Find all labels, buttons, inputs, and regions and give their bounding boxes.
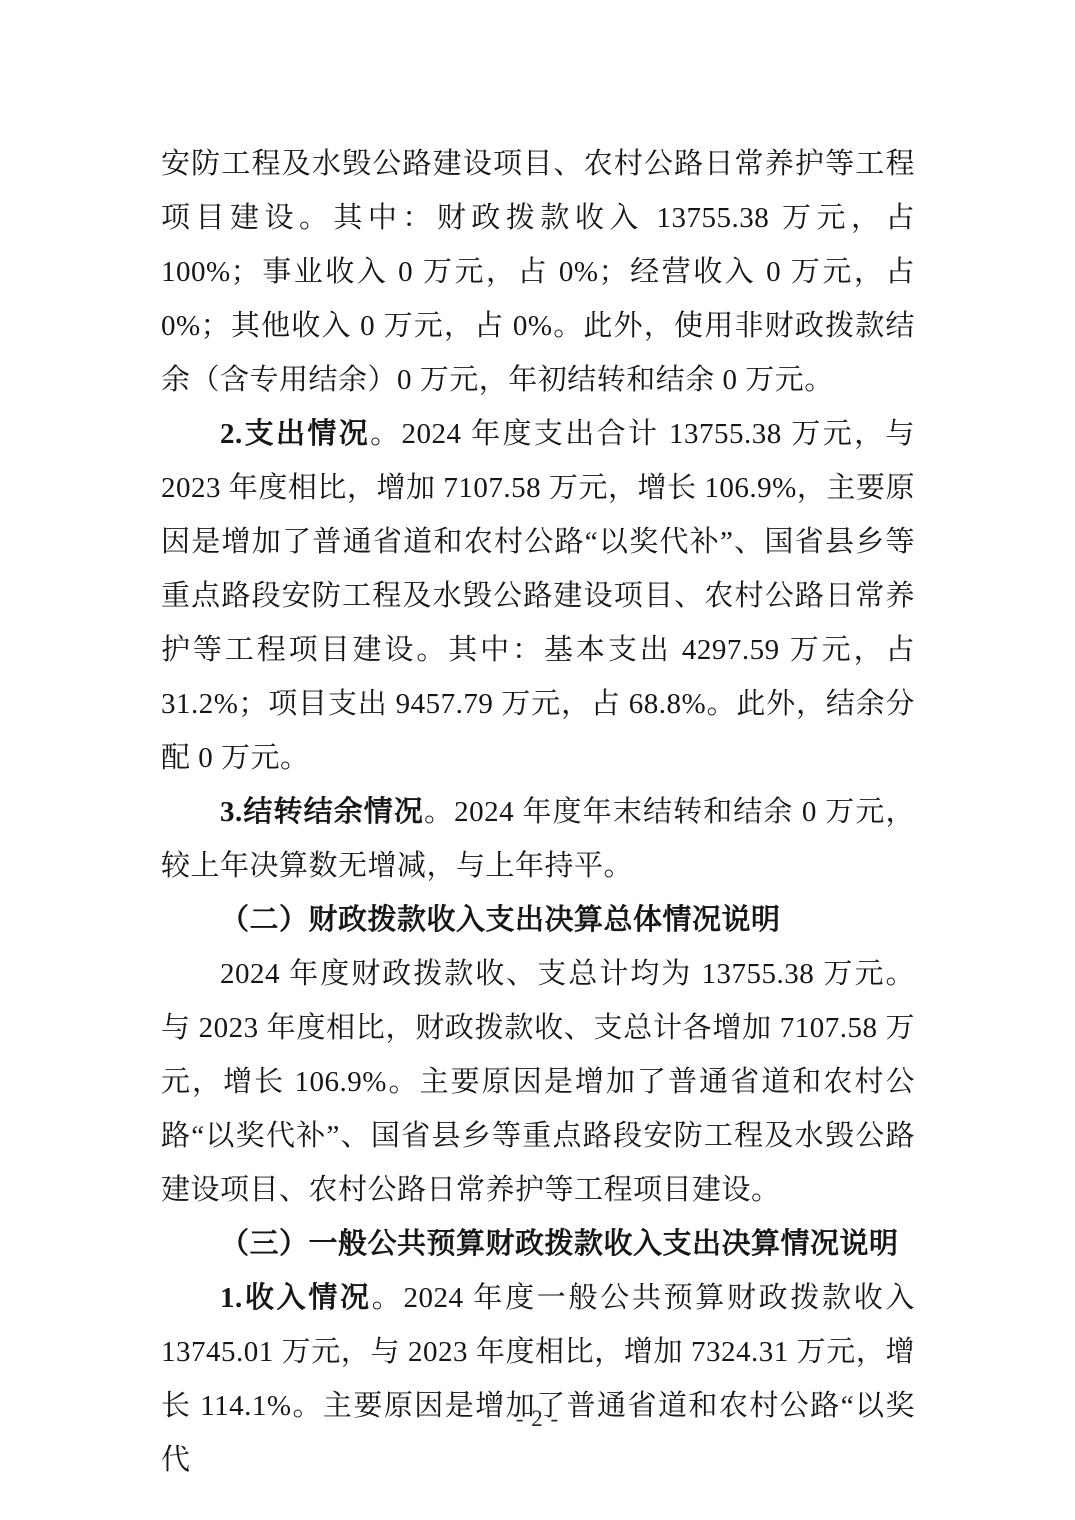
bold-text-run: 1.收入情况 (220, 1282, 372, 1314)
bold-text-run: （二）财政拨款收入支出决算总体情况说明 (220, 904, 781, 936)
paragraph: 2.支出情况。2024 年度支出合计 13755.38 万元，与 2023 年度… (161, 407, 915, 785)
paragraph: 3.结转结余情况。2024 年度年末结转和结余 0 万元，较上年决算数无增减，与… (161, 785, 915, 893)
document-page: 安防工程及水毁公路建设项目、农村公路日常养护等工程项目建设。其中：财政拨款收入 … (0, 0, 1075, 1520)
text-run: 2024 年度财政拨款收、支总计均为 13755.38 万元。与 2023 年度… (161, 958, 915, 1206)
text-run: 安防工程及水毁公路建设项目、农村公路日常养护等工程项目建设。其中：财政拨款收入 … (161, 148, 915, 396)
paragraph: 1.收入情况。2024 年度一般公共预算财政拨款收入 13745.01 万元，与… (161, 1271, 915, 1487)
page-footer: - 2 - (0, 1404, 1075, 1434)
page-number: - 2 - (516, 1406, 559, 1431)
paragraph: 2024 年度财政拨款收、支总计均为 13755.38 万元。与 2023 年度… (161, 947, 915, 1217)
section-heading: （三）一般公共预算财政拨款收入支出决算情况说明 (161, 1217, 915, 1271)
document-body: 安防工程及水毁公路建设项目、农村公路日常养护等工程项目建设。其中：财政拨款收入 … (161, 137, 915, 1487)
bold-text-run: 3.结转结余情况 (220, 796, 424, 828)
section-heading: （二）财政拨款收入支出决算总体情况说明 (161, 893, 915, 947)
bold-text-run: （三）一般公共预算财政拨款收入支出决算情况说明 (220, 1228, 899, 1260)
bold-text-run: 2.支出情况 (220, 418, 370, 450)
text-run: 。2024 年度支出合计 13755.38 万元，与 2023 年度相比，增加 … (161, 418, 915, 774)
paragraph: 安防工程及水毁公路建设项目、农村公路日常养护等工程项目建设。其中：财政拨款收入 … (161, 137, 915, 407)
